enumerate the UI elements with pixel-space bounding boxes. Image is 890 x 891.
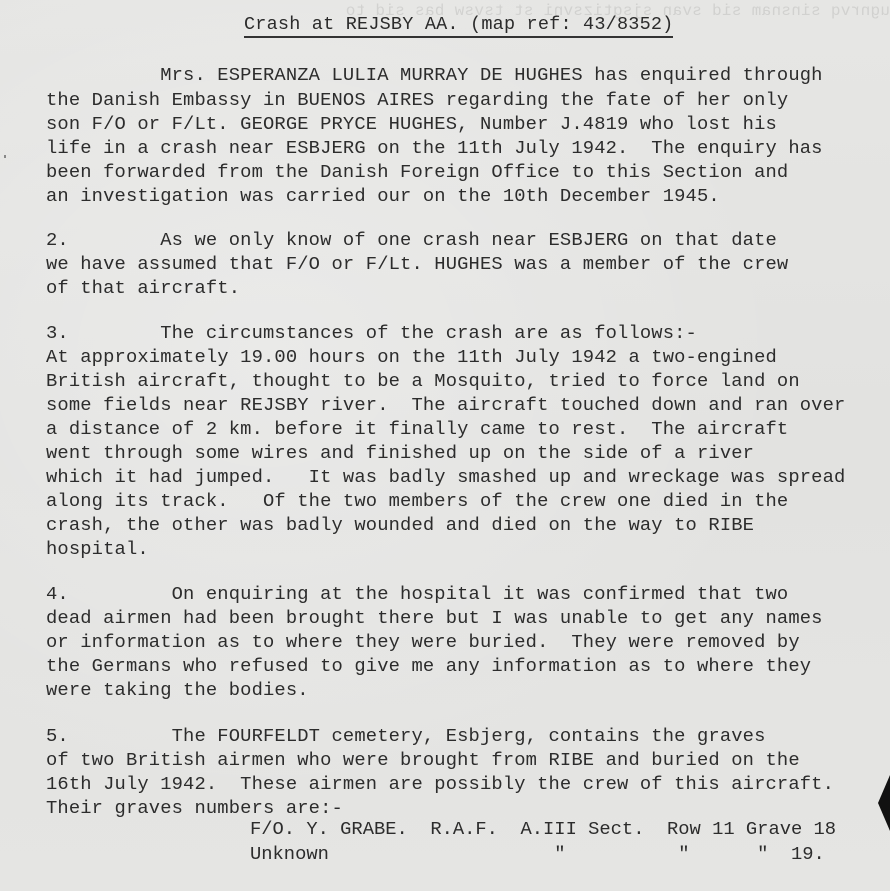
- para5-line3: 16th July 1942. These airmen are possibl…: [46, 773, 834, 795]
- para3-line7: which it had jumped. It was badly smashe…: [46, 466, 845, 488]
- para4-line2: dead airmen had been brought there but I…: [46, 607, 823, 629]
- para4-line1: 4. On enquiring at the hospital it was c…: [46, 583, 788, 605]
- para3-line2: At approximately 19.00 hours on the 11th…: [46, 346, 777, 368]
- para5-line4: Their graves numbers are:-: [46, 797, 343, 819]
- para5-line1: 5. The FOURFELDT cemetery, Esbjerg, cont…: [46, 725, 766, 747]
- para3-line5: a distance of 2 km. before it finally ca…: [46, 418, 788, 440]
- edge-shadow-mark: [878, 775, 890, 831]
- para1-line5: been forwarded from the Danish Foreign O…: [46, 161, 788, 183]
- stray-ink-mark: [4, 155, 6, 158]
- para3-line1: 3. The circumstances of the crash are as…: [46, 322, 697, 344]
- para3-line6: went through some wires and finished up …: [46, 442, 754, 464]
- para3-line9: crash, the other was badly wounded and d…: [46, 514, 754, 536]
- para1-line1: Mrs. ESPERANZA LULIA MURRAY DE HUGHES ha…: [46, 64, 823, 86]
- para1-line2: the Danish Embassy in BUENOS AIRES regar…: [46, 89, 788, 111]
- grave-entry-2: Unknown " " " 19.: [250, 843, 825, 865]
- para1-line6: an investigation was carried our on the …: [46, 185, 720, 207]
- para4-line4: the Germans who refused to give me any i…: [46, 655, 811, 677]
- para2-line1: 2. As we only know of one crash near ESB…: [46, 229, 777, 251]
- grave-entry-1: F/O. Y. GRABE. R.A.F. A.III Sect. Row 11…: [250, 818, 836, 840]
- para4-line3: or information as to where they were bur…: [46, 631, 800, 653]
- para1-line4: life in a crash near ESBJERG on the 11th…: [46, 137, 823, 159]
- para2-line2: we have assumed that F/O or F/Lt. HUGHES…: [46, 253, 788, 275]
- para1-line3: son F/O or F/Lt. GEORGE PRYCE HUGHES, Nu…: [46, 113, 777, 135]
- para4-line5: were taking the bodies.: [46, 679, 309, 701]
- para3-line8: along its track. Of the two members of t…: [46, 490, 788, 512]
- document-title: Crash at REJSBY AA. (map ref: 43/8352): [244, 14, 673, 38]
- para3-line4: some fields near REJSBY river. The aircr…: [46, 394, 845, 416]
- para3-line3: British aircraft, thought to be a Mosqui…: [46, 370, 800, 392]
- para5-line2: of two British airmen who were brought f…: [46, 749, 800, 771]
- para3-line10: hospital.: [46, 538, 149, 560]
- para2-line3: of that aircraft.: [46, 277, 240, 299]
